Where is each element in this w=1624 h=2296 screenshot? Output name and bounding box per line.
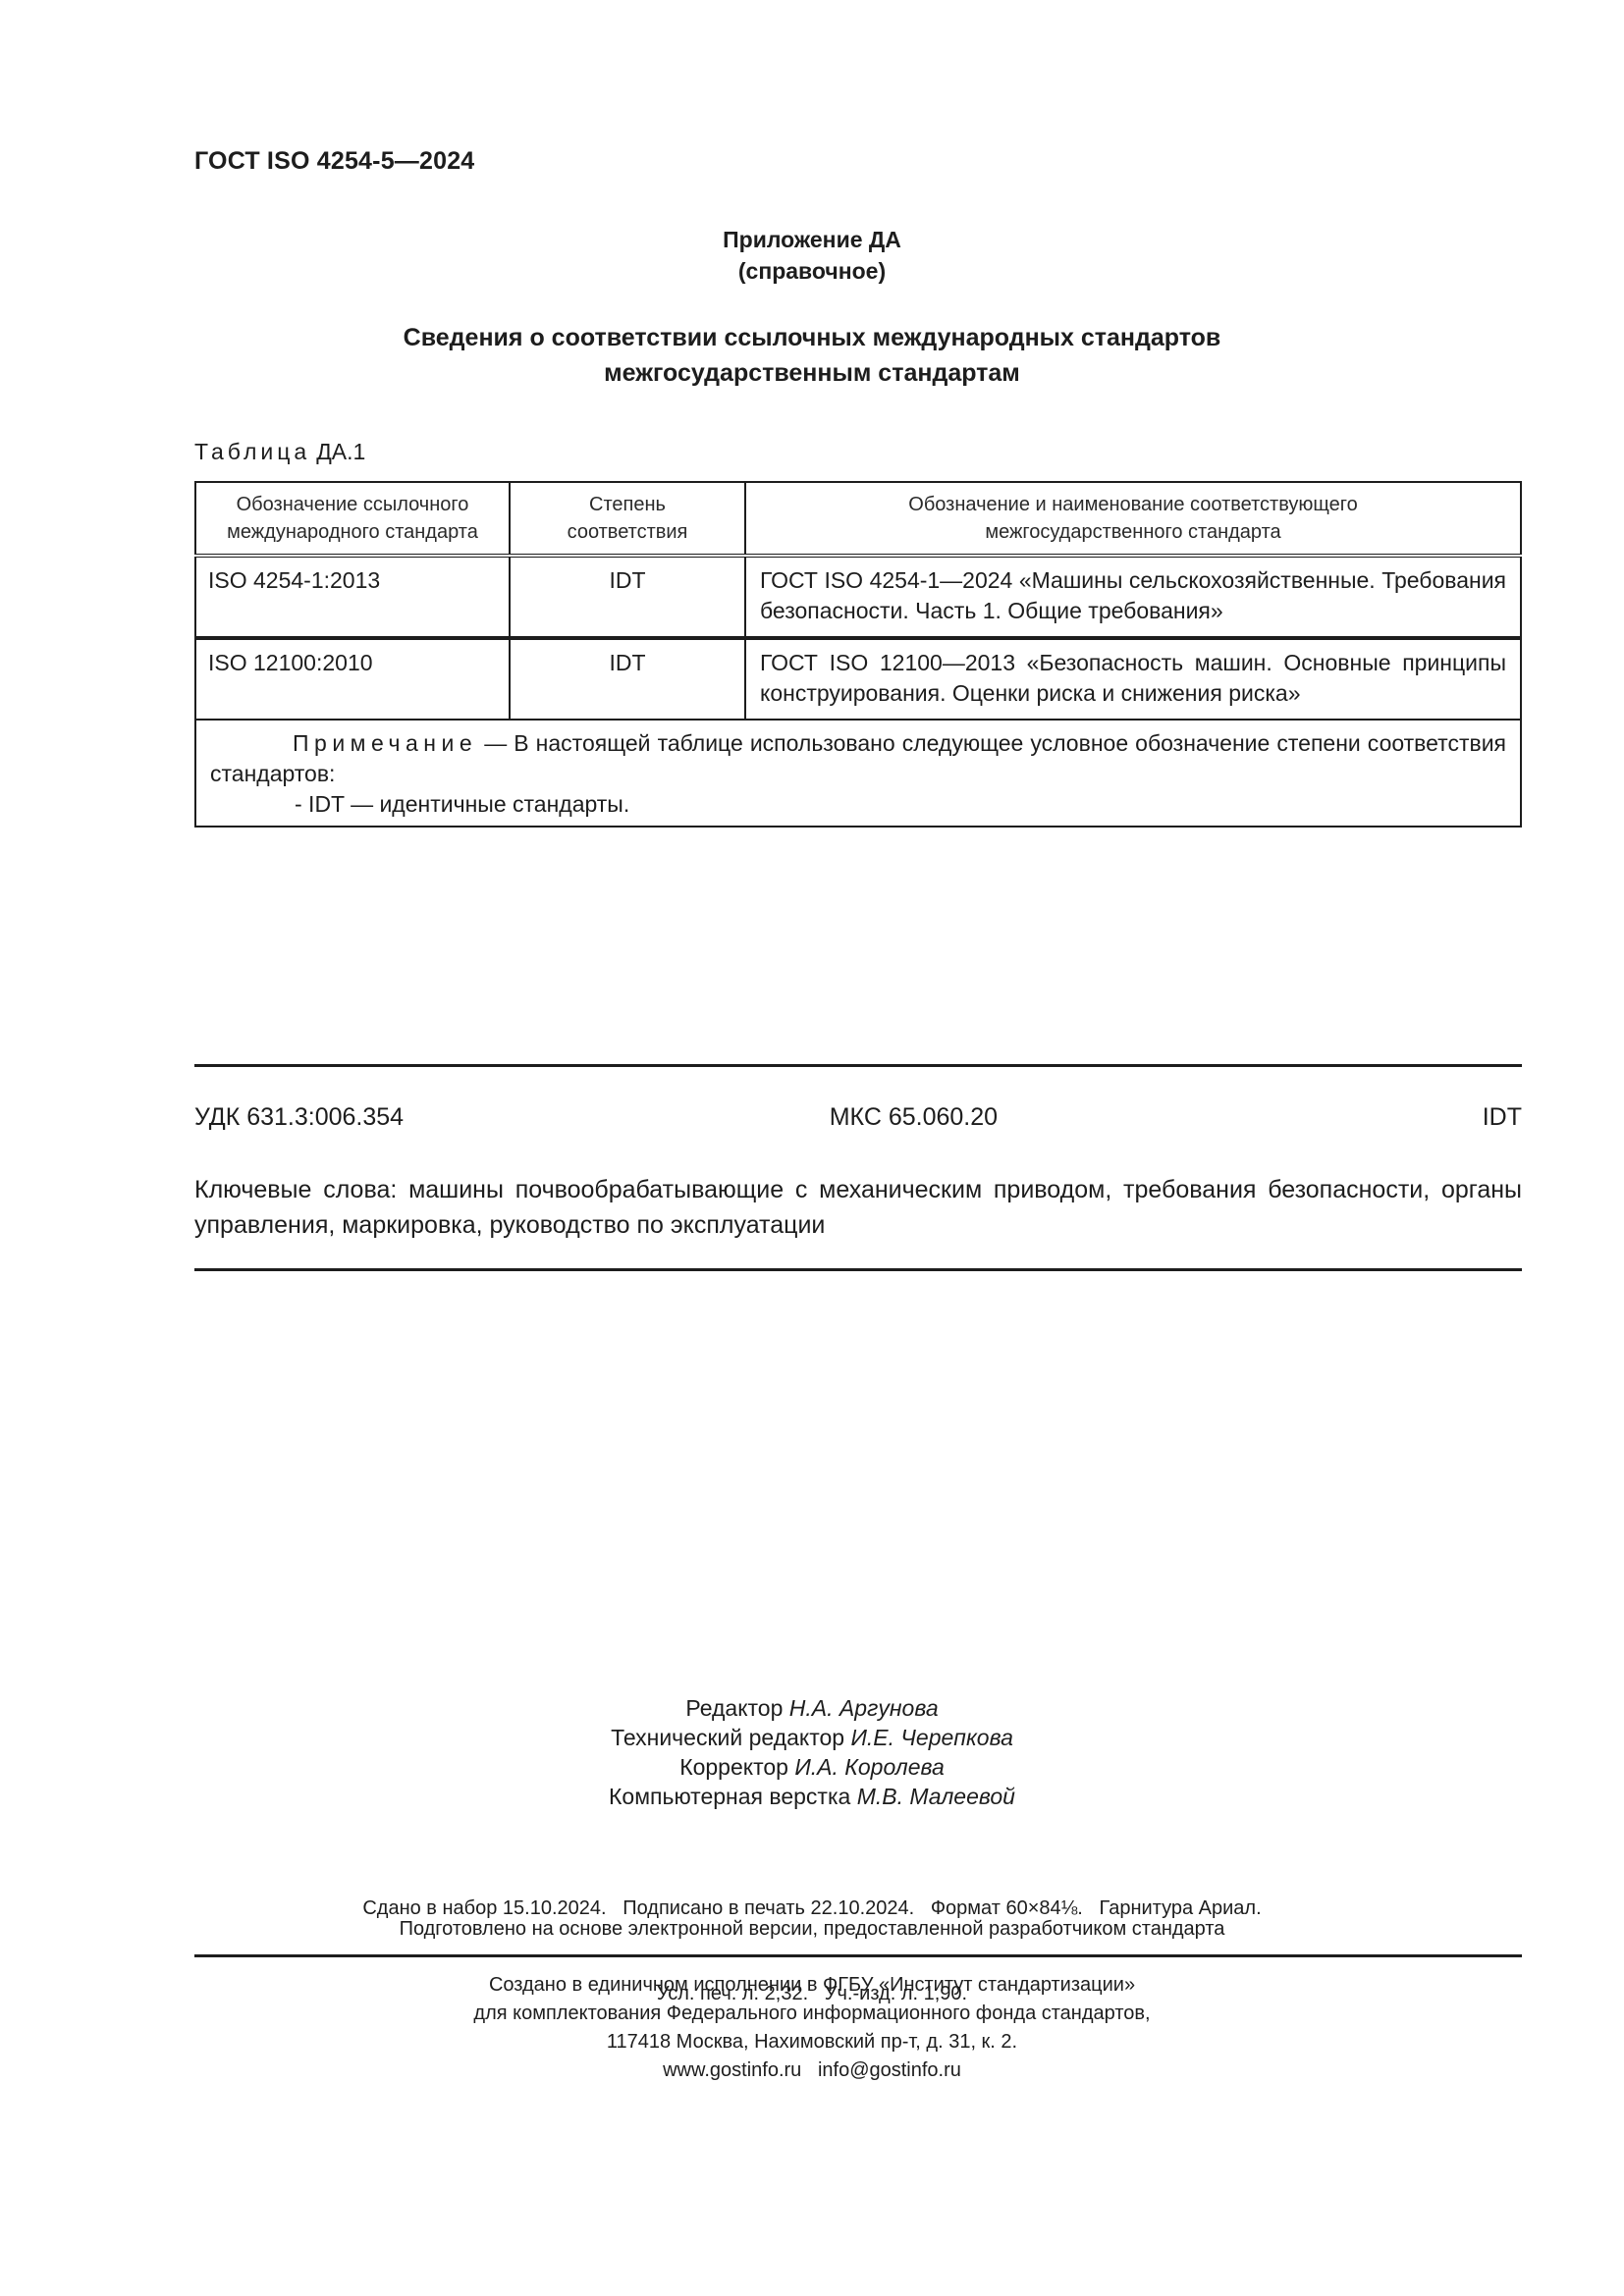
cell-intl-standard: ISO 12100:2010	[195, 638, 510, 720]
table-caption-label: Таблица	[194, 439, 310, 464]
credit-role: Технический редактор	[611, 1725, 844, 1750]
table-row: ISO 4254-1:2013 IDT ГОСТ ISO 4254-1—2024…	[195, 556, 1521, 638]
website-link[interactable]: www.gostinfo.ru	[663, 2059, 801, 2081]
credit-role: Редактор	[685, 1695, 783, 1721]
cell-degree: IDT	[510, 638, 745, 720]
classification-row: УДК 631.3:006.354 МКС 65.060.20 IDT	[194, 1103, 1522, 1132]
keywords: Ключевые слова: машины почвообрабатывающ…	[194, 1172, 1522, 1243]
credit-name: М.В. Малеевой	[857, 1784, 1015, 1809]
table-caption-number: ДА.1	[316, 439, 365, 464]
publisher-line1: Создано в единичном исполнении в ФГБУ «И…	[0, 1971, 1624, 2000]
credit-tech-editor: Технический редактор И.Е. Черепкова	[0, 1723, 1624, 1752]
table-header-row: Обозначение ссылочного международного ст…	[195, 482, 1521, 556]
credit-editor: Редактор Н.А. Аргунова	[0, 1693, 1624, 1723]
appendix-heading: Сведения о соответствии ссылочных междун…	[0, 320, 1624, 391]
table-row: ISO 12100:2010 IDT ГОСТ ISO 12100—2013 «…	[195, 638, 1521, 720]
credit-name: Н.А. Аргунова	[789, 1695, 939, 1721]
email-link[interactable]: info@gostinfo.ru	[818, 2059, 961, 2081]
credit-name: И.Е. Черепкова	[850, 1725, 1012, 1750]
publisher-line2: для комплектования Федерального информац…	[0, 2000, 1624, 2028]
degree-code: IDT	[1483, 1103, 1522, 1132]
column-header-line: Обозначение ссылочного	[196, 491, 509, 518]
column-header-line: Обозначение и наименование соответствующ…	[746, 491, 1520, 518]
mks-code: МКС 65.060.20	[830, 1103, 998, 1132]
correspondence-table: Обозначение ссылочного международного ст…	[194, 481, 1522, 828]
credit-layout: Компьютерная верстка М.В. Малеевой	[0, 1782, 1624, 1811]
publisher-contacts: www.gostinfo.ru info@gostinfo.ru	[0, 2056, 1624, 2085]
document-code: ГОСТ ISO 4254-5—2024	[194, 147, 474, 176]
column-header-line: международного стандарта	[196, 518, 509, 546]
table-caption: ТаблицаДА.1	[194, 439, 365, 465]
appendix-heading-line2: межгосударственным стандартам	[0, 355, 1624, 391]
cell-interstate-standard: ГОСТ ISO 4254-1—2024 «Машины сельскохозя…	[745, 556, 1521, 638]
appendix-heading-line1: Сведения о соответствии ссылочных междун…	[0, 320, 1624, 355]
credit-proofreader: Корректор И.А. Королева	[0, 1752, 1624, 1782]
table-note: Примечание — В настоящей таблице использ…	[195, 720, 1521, 827]
appendix-subtitle: (справочное)	[0, 258, 1624, 285]
divider-keywords	[194, 1268, 1522, 1271]
column-header-intl-standard: Обозначение ссылочного международного ст…	[195, 482, 510, 556]
credit-role: Компьютерная верстка	[609, 1784, 850, 1809]
column-header-interstate-standard: Обозначение и наименование соответствующ…	[745, 482, 1521, 556]
note-label: Примечание	[293, 730, 477, 756]
column-header-line: Степень	[511, 491, 744, 518]
publisher-address: 117418 Москва, Нахимовский пр-т, д. 31, …	[0, 2028, 1624, 2056]
column-header-line: межгосударственного стандарта	[746, 518, 1520, 546]
note-dash: —	[477, 730, 514, 756]
credits: Редактор Н.А. Аргунова Технический редак…	[0, 1693, 1624, 1811]
divider-top	[194, 1064, 1522, 1067]
column-header-degree: Степень соответствия	[510, 482, 745, 556]
credit-role: Корректор	[679, 1754, 788, 1780]
note-bullet: - IDT — идентичные стандарты.	[295, 789, 1506, 820]
cell-degree: IDT	[510, 556, 745, 638]
table-note-row: Примечание — В настоящей таблице использ…	[195, 720, 1521, 827]
cell-intl-standard: ISO 4254-1:2013	[195, 556, 510, 638]
appendix-title: Приложение ДА	[0, 227, 1624, 253]
prepared-note: Подготовлено на основе электронной верси…	[0, 1918, 1624, 1941]
publisher-info: Создано в единичном исполнении в ФГБУ «И…	[0, 1971, 1624, 2085]
udk-code: УДК 631.3:006.354	[194, 1103, 404, 1132]
cell-interstate-standard: ГОСТ ISO 12100—2013 «Безопасность машин.…	[745, 638, 1521, 720]
credit-name: И.А. Королева	[794, 1754, 944, 1780]
column-header-line: соответствия	[511, 518, 744, 546]
divider-publisher	[194, 1954, 1522, 1957]
